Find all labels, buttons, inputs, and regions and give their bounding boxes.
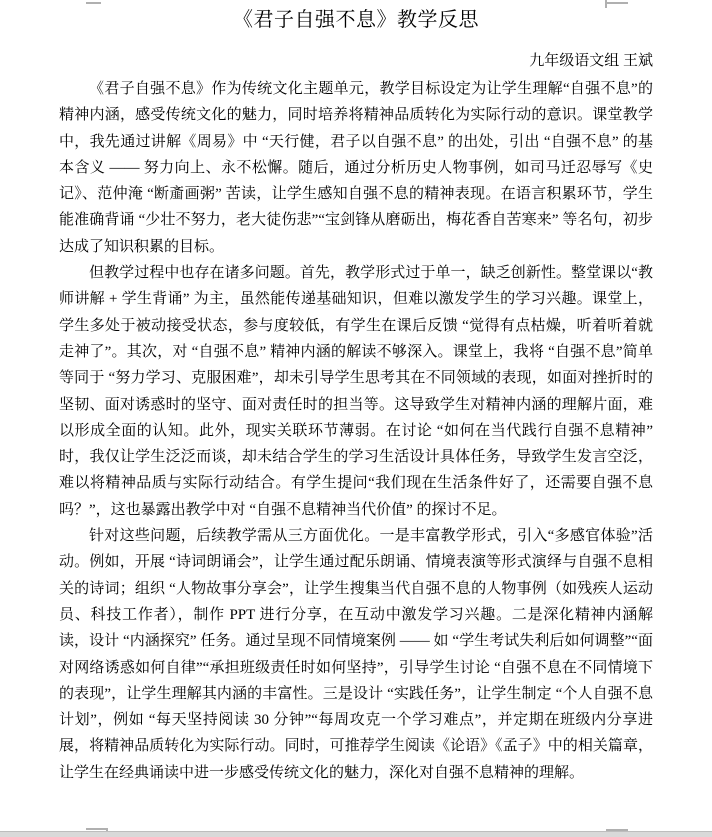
text-boundary-mark-bottom-left	[86, 828, 108, 830]
text-boundary-mark-top-right-tick	[605, 0, 607, 8]
body-paragraph-1: 《君子自强不息》作为传统文化主题单元，教学目标设定为让学生理解“自强不息”的精神…	[59, 76, 653, 260]
body-paragraph-2: 但教学过程中也存在诸多问题。首先，教学形式过于单一，缺乏创新性。整堂课以“教师讲…	[59, 260, 653, 523]
body-paragraph-3: 针对这些问题，后续教学需从三方面优化。一是丰富教学形式，引入“多感官体验”活动。…	[59, 523, 653, 786]
document-body: 《君子自强不息》作为传统文化主题单元，教学目标设定为让学生理解“自强不息”的精神…	[59, 76, 653, 786]
document-content: 《君子自强不息》教学反思 九年级语文组 王斌 《君子自强不息》作为传统文化主题单…	[0, 0, 712, 786]
page-bottom-gutter	[0, 831, 712, 837]
document-title: 《君子自强不息》教学反思	[59, 0, 653, 34]
text-boundary-mark-top-right	[605, 2, 628, 4]
author-byline: 九年级语文组 王斌	[59, 50, 653, 72]
document-page: 《君子自强不息》教学反思 九年级语文组 王斌 《君子自强不息》作为传统文化主题单…	[0, 0, 712, 837]
text-boundary-mark-top-left	[86, 2, 101, 4]
